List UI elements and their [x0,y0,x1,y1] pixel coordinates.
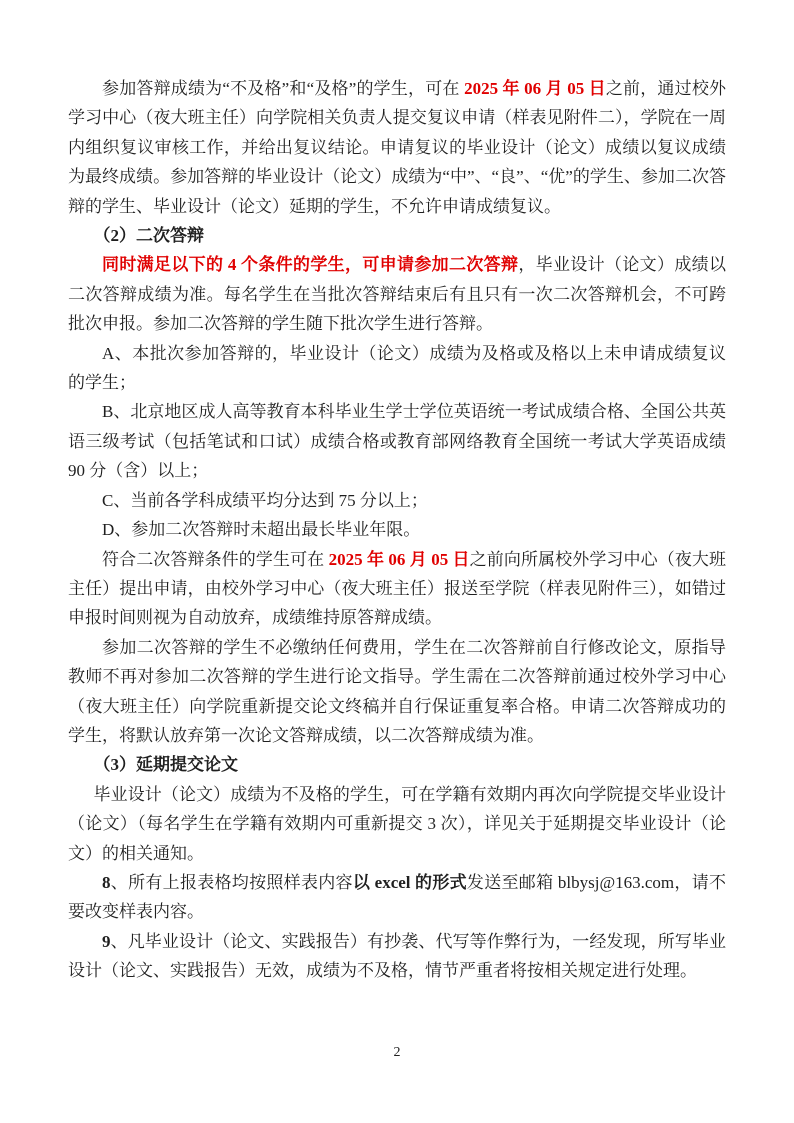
heading-delayed-submission: （3）延期提交论文 [68,750,726,779]
item-number: 9 [102,932,111,951]
document-page: 参加答辩成绩为“不及格”和“及格”的学生，可在 2025 年 06 月 05 日… [0,0,794,1123]
condition-item-b: B、北京地区成人高等教育本科毕业生学士学位英语统一考试成绩合格、全国公共英语三级… [68,397,726,485]
condition-item-d: D、参加二次答辩时未超出最长毕业年限。 [68,515,726,544]
item-number: 8 [102,873,111,892]
text-run: 符合二次答辩条件的学生可在 [102,550,329,569]
deadline-date-highlight: 2025 年 06 月 05 日 [464,79,606,98]
text-run: 、所有上报表格均按照样表内容 [111,873,353,892]
heading-second-defense: （2）二次答辩 [68,221,726,250]
page-number: 2 [0,1045,794,1061]
paragraph-no-fee: 参加二次答辩的学生不必缴纳任何费用，学生在二次答辩前自行修改论文，原指导教师不再… [68,633,726,751]
paragraph-item-8: 8、所有上报表格均按照样表内容以 excel 的形式发送至邮箱 blbysj@1… [68,868,726,927]
condition-item-c: C、当前各学科成绩平均分达到 75 分以上； [68,486,726,515]
condition-item-a: A、本批次参加答辩的，毕业设计（论文）成绩为及格或及格以上未申请成绩复议的学生； [68,339,726,398]
paragraph-second-defense-intro: 同时满足以下的 4 个条件的学生，可申请参加二次答辩，毕业设计（论文）成绩以二次… [68,250,726,338]
page-body: 参加答辩成绩为“不及格”和“及格”的学生，可在 2025 年 06 月 05 日… [68,74,726,986]
paragraph-delayed-submission: 毕业设计（论文）成绩为不及格的学生，可在学籍有效期内再次向学院提交毕业设计（论文… [68,780,726,868]
paragraph-apply-procedure: 符合二次答辩条件的学生可在 2025 年 06 月 05 日之前向所属校外学习中… [68,545,726,633]
paragraph-item-9: 9、凡毕业设计（论文、实践报告）有抄袭、代写等作弊行为，一经发现，所写毕业设计（… [68,927,726,986]
text-run: 之前，通过校外学习中心（夜大班主任）向学院相关负责人提交复议申请（样表见附件二）… [68,79,726,216]
deadline-date-highlight: 2025 年 06 月 05 日 [329,550,470,569]
excel-format-highlight: 以 excel 的形式 [353,873,467,892]
text-run: 、凡毕业设计（论文、实践报告）有抄袭、代写等作弊行为，一经发现，所写毕业设计（论… [68,932,726,980]
conditions-highlight: 同时满足以下的 4 个条件的学生，可申请参加二次答辩 [102,255,518,274]
text-run: 参加答辩成绩为“不及格”和“及格”的学生，可在 [102,79,464,98]
paragraph-score-appeal: 参加答辩成绩为“不及格”和“及格”的学生，可在 2025 年 06 月 05 日… [68,74,726,221]
